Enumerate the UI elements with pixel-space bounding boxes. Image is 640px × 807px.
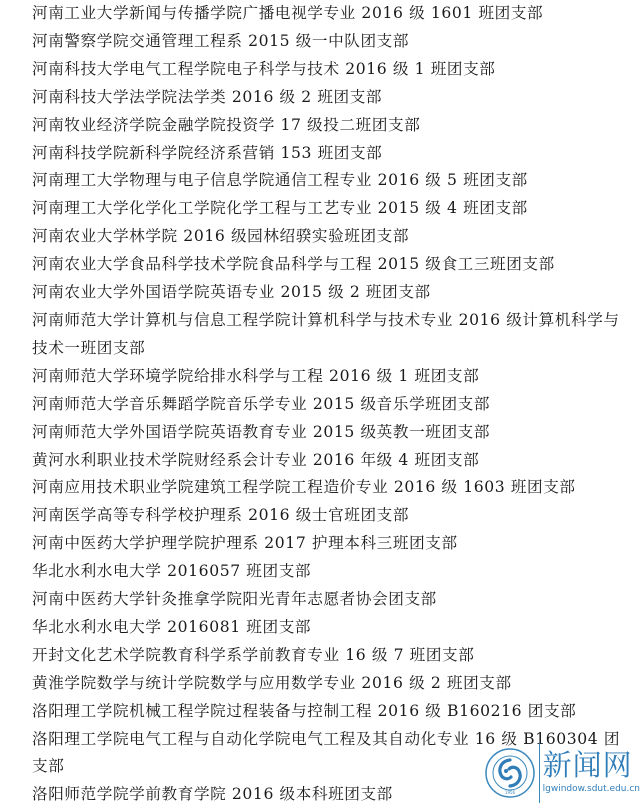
list-item: 河南应用技术职业学院建筑工程学院工程造价专业 2016 级 1603 班团支部 [32,474,622,502]
list-item: 河南科技大学电气工程学院电子科学与技术 2016 级 1 班团支部 [32,56,622,84]
list-item: 河南农业大学食品科学技术学院食品科学与工程 2015 级食工三班团支部 [32,251,622,279]
document-body: 河南工业大学新闻与传播学院广播电视学专业 2016 级 1601 班团支部 河南… [32,0,622,807]
watermark-divider [539,743,540,803]
list-item: 河南农业大学林学院 2016 级园林绍骙实验班团支部 [32,223,622,251]
watermark-title: 新闻网 [543,751,640,780]
list-item: 河南医学高等专科学校护理系 2016 级士官班团支部 [32,502,622,530]
news-site-watermark: 1956 新闻网 lgwindow.sdut.edu.cn [484,738,640,807]
list-item: 河南师范大学计算机与信息工程学院计算机科学与技术专业 2016 级计算机科学与技… [32,307,622,363]
list-item: 开封文化艺术学院教育科学系学前教育专业 16 级 7 班团支部 [32,642,622,670]
watermark-url: lgwindow.sdut.edu.cn [543,785,640,794]
list-item: 河南理工大学化学化工学院化学工程与工艺专业 2015 级 4 班团支部 [32,195,622,223]
list-item: 华北水利水电大学 2016057 班团支部 [32,558,622,586]
list-item: 河南理工大学物理与电子信息学院通信工程专业 2016 级 5 班团支部 [32,167,622,195]
list-item: 河南师范大学音乐舞蹈学院音乐学专业 2015 级音乐学班团支部 [32,391,622,419]
list-item: 河南牧业经济学院金融学院投资学 17 级投二班团支部 [32,112,622,140]
list-item: 河南工业大学新闻与传播学院广播电视学专业 2016 级 1601 班团支部 [32,0,622,28]
watermark-text: 新闻网 lgwindow.sdut.edu.cn [543,751,640,794]
list-item: 河南师范大学外国语学院英语教育专业 2015 级英教一班团支部 [32,419,622,447]
list-item: 河南中医药大学护理学院护理系 2017 护理本科三班团支部 [32,530,622,558]
list-item: 河南中医药大学针灸推拿学院阳光青年志愿者协会团支部 [32,586,622,614]
list-item: 洛阳理工学院机械工程学院过程装备与控制工程 2016 级 B160216 团支部 [32,698,622,726]
list-item: 华北水利水电大学 2016081 班团支部 [32,614,622,642]
list-item: 河南农业大学外国语学院英语专业 2015 级 2 班团支部 [32,279,622,307]
svg-text:1956: 1956 [505,790,516,795]
list-item: 黄河水利职业技术学院财经系会计专业 2016 年级 4 班团支部 [32,447,622,475]
list-item: 河南科技大学法学院法学类 2016 级 2 班团支部 [32,84,622,112]
list-item: 河南师范大学环境学院给排水科学与工程 2016 级 1 班团支部 [32,363,622,391]
university-seal-icon: 1956 [484,747,536,799]
list-item: 黄淮学院数学与统计学院数学与应用数学专业 2016 级 2 班团支部 [32,670,622,698]
list-item: 河南科技学院新科学院经济系营销 153 班团支部 [32,140,622,168]
list-item: 河南警察学院交通管理工程系 2015 级一中队团支部 [32,28,622,56]
